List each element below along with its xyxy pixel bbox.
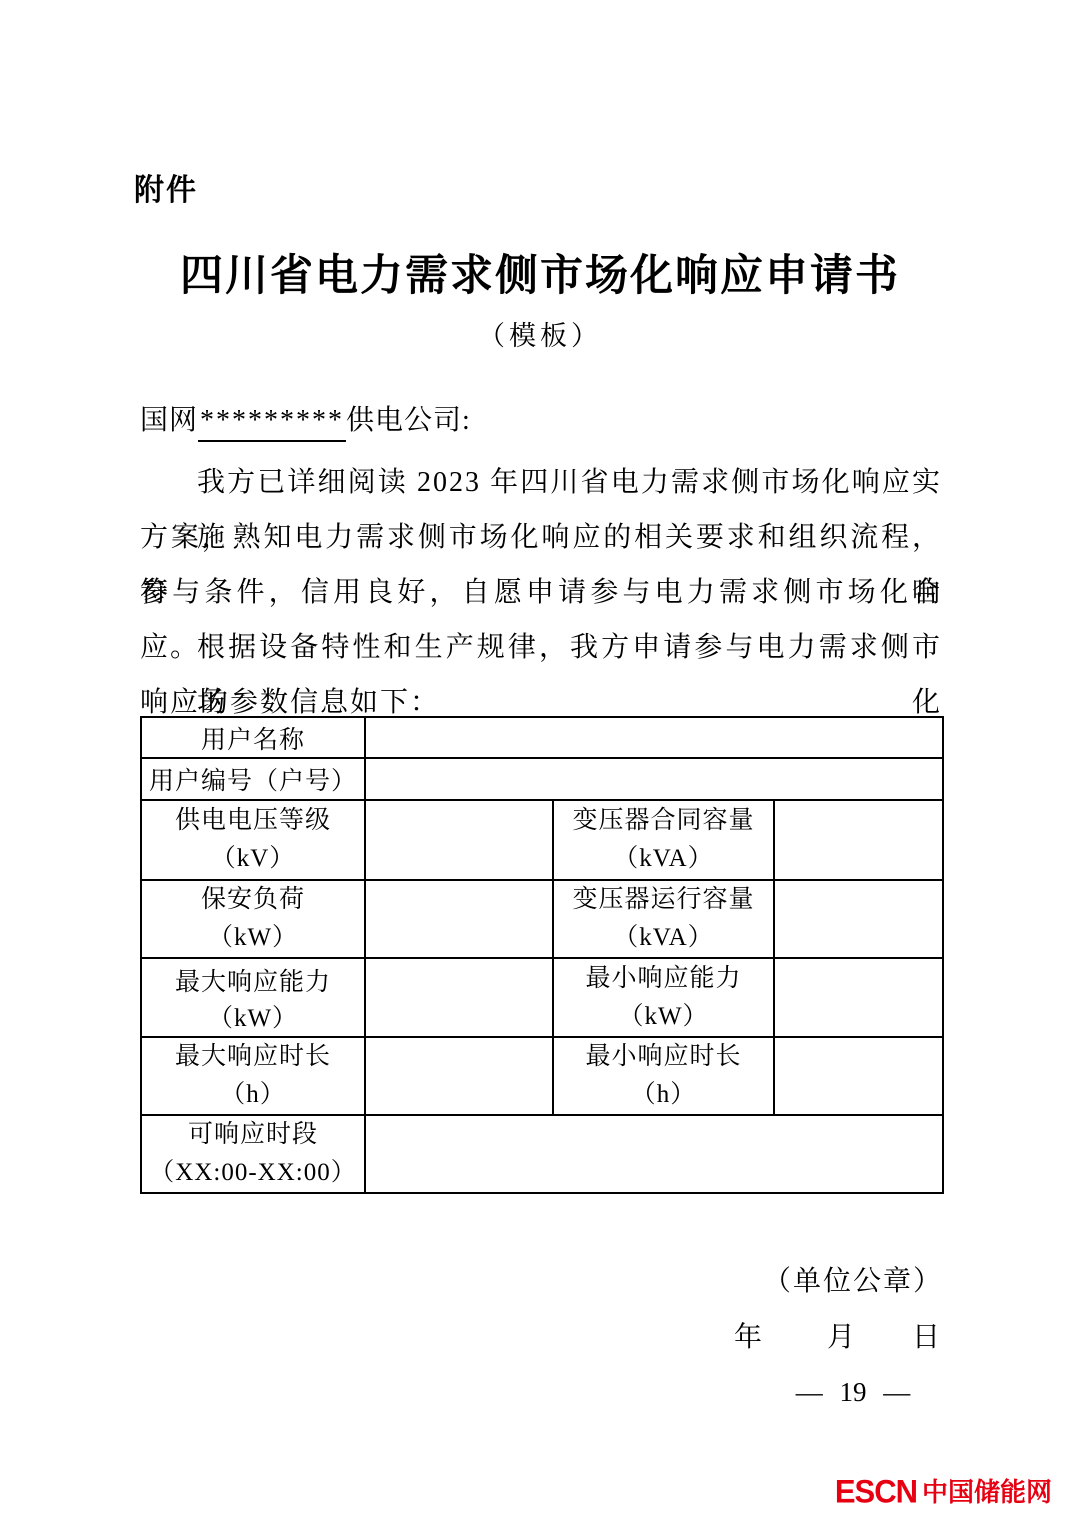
date-year-label: 年 <box>734 1322 762 1353</box>
paragraph1-line1: 我方已详细阅读 2023 年四川省电力需求侧市场化响应实施 <box>140 455 942 510</box>
response-period-input-cell <box>365 1115 943 1193</box>
body-text: 我方已详细阅读 2023 年四川省电力需求侧市场化响应实施 方案，熟知电力需求侧… <box>140 455 942 730</box>
transformer-contract-capacity-label: 变压器合同容量 （kVA） <box>553 800 774 880</box>
table-row: 最大响应能力（kW） 最小响应能力 （kW） <box>141 958 943 1037</box>
transformer-contract-capacity-input-cell <box>774 800 943 880</box>
voltage-level-input-cell <box>365 800 553 880</box>
salutation-line: 国网*********供电公司: <box>140 398 471 438</box>
paragraph2-line1: 根据设备特性和生产规律，我方申请参与电力需求侧市场化 <box>140 620 942 675</box>
document-title: 四川省电力需求侧市场化响应申请书 <box>0 242 1080 303</box>
parameters-table: 用户名称 用户编号（户号） 供电电压等级 （kV） 变压器合同容量 （kVA） … <box>140 716 944 1194</box>
document-subtitle: （模板） <box>0 314 1080 353</box>
masked-company-blank: ********* <box>198 405 346 442</box>
unit-seal-note: （单位公章） <box>763 1259 943 1299</box>
table-row: 供电电压等级 （kV） 变压器合同容量 （kVA） <box>141 800 943 880</box>
voltage-level-label: 供电电压等级 （kV） <box>141 800 365 880</box>
paragraph1-line3: 参与条件，信用良好，自愿申请参与电力需求侧市场化响应。 <box>140 565 942 620</box>
max-response-duration-input-cell <box>365 1037 553 1115</box>
attachment-label: 附件 <box>134 165 198 209</box>
user-name-label: 用户名称 <box>141 717 365 758</box>
security-load-label: 保安负荷 （kW） <box>141 880 365 958</box>
escn-logo-chinese: 中国储能网 <box>922 1479 1052 1505</box>
min-response-capacity-input-cell <box>774 958 943 1037</box>
table-row: 可响应时段 （XX:00-XX:00） <box>141 1115 943 1193</box>
salutation-prefix: 国网 <box>140 405 198 436</box>
date-line: 年月日 <box>734 1315 940 1355</box>
table-row: 保安负荷 （kW） 变压器运行容量 （kVA） <box>141 880 943 958</box>
response-period-label: 可响应时段 （XX:00-XX:00） <box>141 1115 365 1193</box>
min-response-duration-label: 最小响应时长 （h） <box>553 1037 774 1115</box>
max-response-capacity-input-cell <box>365 958 553 1037</box>
transformer-running-capacity-input-cell <box>774 880 943 958</box>
min-response-duration-input-cell <box>774 1037 943 1115</box>
user-number-input-cell <box>365 758 943 800</box>
page-number: — 19 — <box>733 1377 973 1408</box>
user-number-label: 用户编号（户号） <box>141 758 365 800</box>
salutation-suffix: 供电公司: <box>346 405 471 436</box>
transformer-running-capacity-label: 变压器运行容量 （kVA） <box>553 880 774 958</box>
paragraph1-line2: 方案，熟知电力需求侧市场化响应的相关要求和组织流程，符合 <box>140 510 942 565</box>
escn-logo: ESCN 中国储能网 <box>835 1476 1052 1507</box>
min-response-capacity-label: 最小响应能力 （kW） <box>553 958 774 1037</box>
max-response-duration-label: 最大响应时长 （h） <box>141 1037 365 1115</box>
user-name-input-cell <box>365 717 943 758</box>
max-response-capacity-label: 最大响应能力（kW） <box>141 958 365 1037</box>
date-day-label: 日 <box>912 1322 940 1353</box>
security-load-input-cell <box>365 880 553 958</box>
table-row: 用户编号（户号） <box>141 758 943 800</box>
table-row: 最大响应时长 （h） 最小响应时长 （h） <box>141 1037 943 1115</box>
date-month-label: 月 <box>827 1322 855 1353</box>
table-row: 用户名称 <box>141 717 943 758</box>
escn-logo-latin: ESCN <box>835 1475 917 1508</box>
